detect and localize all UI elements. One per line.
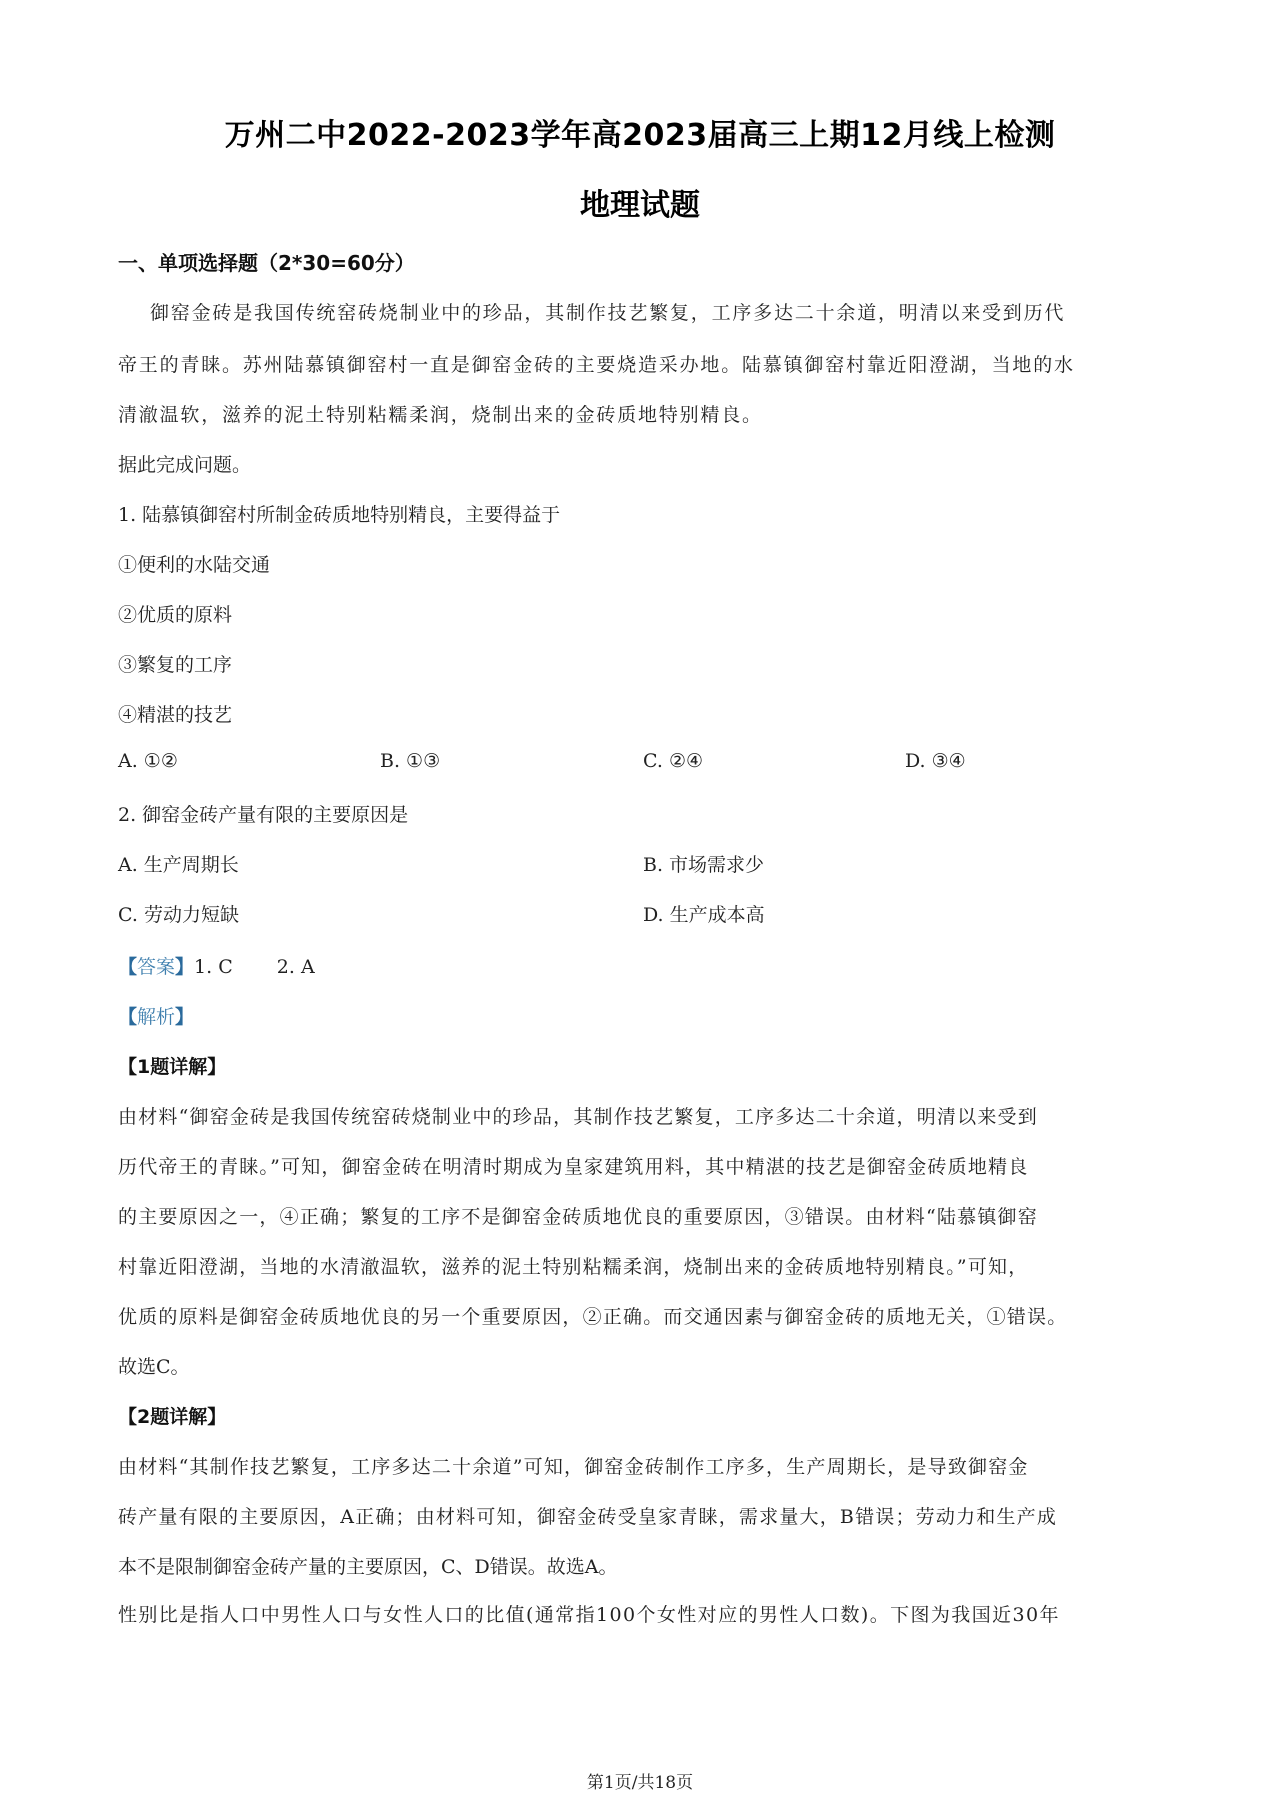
page-number: 第1页/共18页	[0, 1768, 1280, 1793]
q1-detail-line: 由材料“御窑金砖是我国传统窑砖烧制业中的珍品，其制作技艺繁复，工序多达二十余道，…	[118, 1102, 1168, 1129]
analysis-bracket-open: 【	[118, 1006, 137, 1028]
q1-detail-line: 历代帝王的青睐。”可知，御窑金砖在明清时期成为皇家建筑用料，其中精湛的技艺是御窑…	[118, 1152, 1168, 1179]
q1-detail-line: 优质的原料是御窑金砖质地优良的另一个重要原因，②正确。而交通因素与御窑金砖的质地…	[118, 1302, 1168, 1329]
document-subtitle: 地理试题	[0, 180, 1280, 224]
question-2-stem: 2. 御窑金砖产量有限的主要原因是	[118, 800, 408, 827]
question-1-stem: 1. 陆慕镇御窑村所制金砖质地特别精良，主要得益于	[118, 500, 560, 527]
answer-label: 答案	[137, 956, 175, 978]
q2-detail-line: 砖产量有限的主要原因，A正确；由材料可知，御窑金砖受皇家青睐，需求量大，B错误；…	[118, 1502, 1168, 1529]
exam-page: 万州二中2022-2023学年高2023届高三上期12月线上检测 地理试题 一、…	[0, 0, 1280, 1810]
analysis-bracket-close: 】	[175, 1006, 194, 1028]
q2-detail-line: 本不是限制御窑金砖产量的主要原因，C、D错误。故选A。	[118, 1552, 618, 1579]
question-1-option-d: D. ③④	[905, 750, 966, 772]
q1-detail-heading: 【1题详解】	[118, 1052, 226, 1079]
question-1-item: ①便利的水陆交通	[118, 550, 270, 577]
q1-detail-line: 故选C。	[118, 1352, 190, 1379]
question-2-option-d: D. 生产成本高	[643, 900, 765, 927]
analysis-label: 解析	[137, 1006, 175, 1028]
question-1-item: ②优质的原料	[118, 600, 232, 627]
q1-detail-line: 村靠近阳澄湖，当地的水清澈温软，滋养的泥土特别粘糯柔润，烧制出来的金砖质地特别精…	[118, 1252, 1168, 1279]
section-heading: 一、单项选择题（2*30=60分）	[118, 247, 415, 276]
document-title: 万州二中2022-2023学年高2023届高三上期12月线上检测	[0, 110, 1280, 154]
analysis-label-row: 【解析】	[118, 1002, 194, 1029]
question-2-option-a: A. 生产周期长	[118, 850, 239, 877]
instruction-text: 据此完成问题。	[118, 450, 251, 477]
material-2-line: 性别比是指人口中男性人口与女性人口的比值(通常指100个女性对应的男性人口数)。…	[118, 1600, 1060, 1627]
question-1-option-c: C. ②④	[643, 750, 703, 772]
answer-bracket-open: 【	[118, 956, 137, 978]
q1-detail-line: 的主要原因之一，④正确；繁复的工序不是御窑金砖质地优良的重要原因，③错误。由材料…	[118, 1202, 1168, 1229]
material-line: 帝王的青睐。苏州陆慕镇御窑村一直是御窑金砖的主要烧造采办地。陆慕镇御窑村靠近阳澄…	[118, 350, 1075, 377]
question-2-option-b: B. 市场需求少	[643, 850, 764, 877]
question-2-option-c: C. 劳动力短缺	[118, 900, 239, 927]
answer-values: 1. C 2. A	[194, 956, 315, 978]
question-1-option-b: B. ①③	[380, 750, 440, 772]
q2-detail-heading: 【2题详解】	[118, 1402, 226, 1429]
question-1-item: ④精湛的技艺	[118, 700, 232, 727]
material-line: 清澈温软，滋养的泥土特别粘糯柔润，烧制出来的金砖质地特别精良。	[118, 400, 763, 427]
answer-bracket-close: 】	[175, 956, 194, 978]
answer-row: 【答案】1. C 2. A	[118, 952, 315, 979]
q2-detail-line: 由材料“其制作技艺繁复，工序多达二十余道”可知，御窑金砖制作工序多，生产周期长，…	[118, 1452, 1168, 1479]
material-line: 御窑金砖是我国传统窑砖烧制业中的珍品，其制作技艺繁复，工序多达二十余道，明清以来…	[150, 298, 1065, 325]
question-1-option-a: A. ①②	[118, 750, 178, 772]
question-1-item: ③繁复的工序	[118, 650, 232, 677]
